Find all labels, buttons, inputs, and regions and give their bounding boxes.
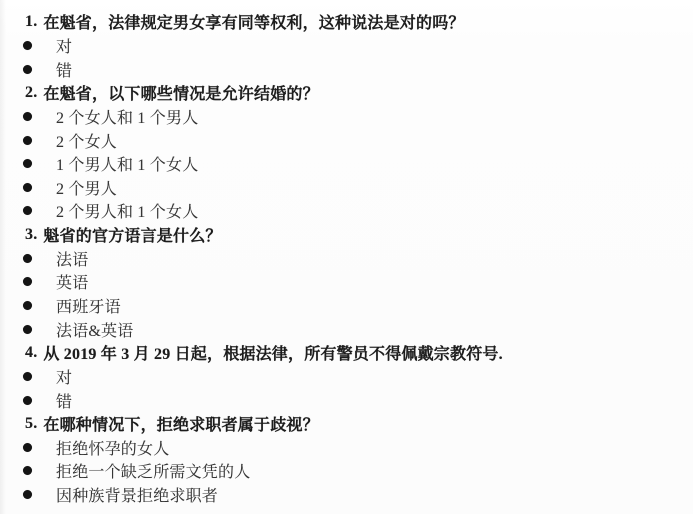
option-line: 错 [0,57,693,81]
bullet-icon [23,490,32,499]
bullet-icon [23,466,32,475]
option-line: 法语&英语 [0,317,693,341]
option-line: 2 个女人 [0,128,693,152]
option-line: 拒绝一个缺乏所需文凭的人 [0,459,693,483]
option-label: 拒绝一个缺乏所需文凭的人 [56,459,250,482]
option-label: 错 [56,58,72,81]
option-label: 对 [56,34,72,57]
bullet-icon [23,41,32,50]
bullet-icon [23,372,32,381]
question-number: 5. [25,415,37,433]
option-label: 西班牙语 [56,294,121,317]
quiz-document: 1.在魁省，法律规定男女享有同等权利，这种说法是对的吗？对错2.在魁省，以下哪些… [0,0,693,514]
bullet-icon [23,277,32,286]
option-line: 因种族背景拒绝求职者 [0,483,693,507]
question-line: 2.在魁省，以下哪些情况是允许结婚的？ [0,81,693,105]
question-line: 3.魁省的官方语言是什么？ [0,223,693,247]
bullet-icon [23,65,32,74]
question-text: 从 2019 年 3 月 29 日起，根据法律，所有警员不得佩戴宗教符号. [43,341,502,364]
option-label: 2 个女人和 1 个男人 [56,105,198,128]
option-line: 错 [0,388,693,412]
option-line: 1 个男人和 1 个女人 [0,152,693,176]
bullet-icon [23,159,32,168]
question-text: 在哪种情况下，拒绝求职者属于歧视？ [43,412,318,435]
option-line: 2 个男人和 1 个女人 [0,199,693,223]
option-label: 法语 [56,247,88,270]
option-label: 英语 [56,270,88,293]
question-number: 4. [25,344,37,362]
option-label: 对 [56,365,72,388]
question-number: 3. [25,226,37,244]
bullet-icon [23,443,32,452]
option-label: 2 个男人和 1 个女人 [56,199,198,222]
option-label: 2 个女人 [56,129,117,152]
bullet-icon [23,254,32,263]
option-line: 英语 [0,270,693,294]
option-line: 拒绝怀孕的女人 [0,436,693,460]
option-label: 错 [56,389,72,412]
option-label: 法语&英语 [56,318,133,341]
option-line: 2 个女人和 1 个男人 [0,105,693,129]
question-text: 在魁省，法律规定男女享有同等权利，这种说法是对的吗？ [43,10,464,33]
question-line: 1.在魁省，法律规定男女享有同等权利，这种说法是对的吗？ [0,10,693,34]
option-label: 2 个男人 [56,176,117,199]
bullet-icon [23,301,32,310]
bullet-icon [23,206,32,215]
option-label: 1 个男人和 1 个女人 [56,152,198,175]
question-number: 2. [25,84,37,102]
bullet-icon [23,183,32,192]
question-text: 在魁省，以下哪些情况是允许结婚的？ [43,81,318,104]
question-line: 4.从 2019 年 3 月 29 日起，根据法律，所有警员不得佩戴宗教符号. [0,341,693,365]
bullet-icon [23,112,32,121]
question-text: 魁省的官方语言是什么？ [43,223,221,246]
question-line: 5.在哪种情况下，拒绝求职者属于歧视？ [0,412,693,436]
option-line: 对 [0,34,693,58]
option-line: 2 个男人 [0,175,693,199]
option-line: 对 [0,365,693,389]
option-label: 因种族背景拒绝求职者 [56,483,218,506]
bullet-icon [23,136,32,145]
option-line: 法语 [0,246,693,270]
bullet-icon [23,325,32,334]
option-label: 拒绝怀孕的女人 [56,436,169,459]
option-line: 西班牙语 [0,294,693,318]
bullet-icon [23,396,32,405]
question-number: 1. [25,13,37,31]
